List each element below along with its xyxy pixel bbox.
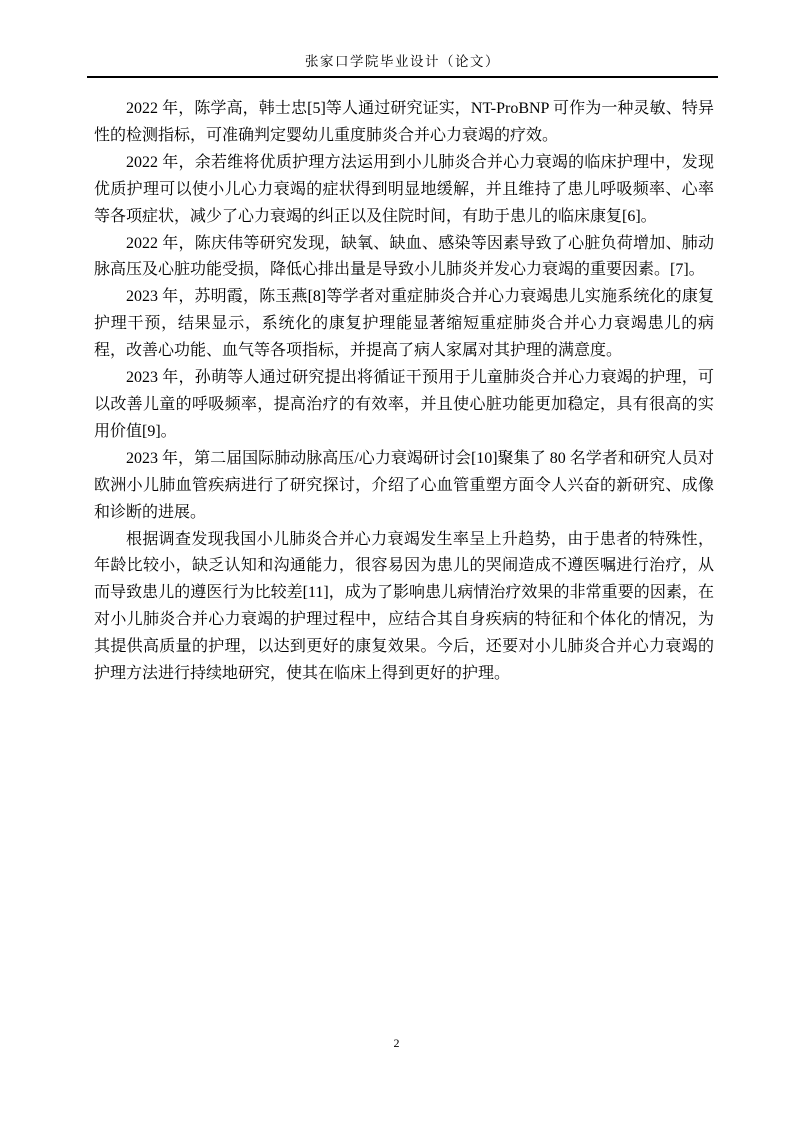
page-header: 张家口学院毕业设计（论文） <box>87 50 718 78</box>
paragraph-1: 2022 年，陈学高，韩士忠[5]等人通过研究证实，NT-ProBNP 可作为一… <box>94 96 714 150</box>
paragraph-3: 2022 年，陈庆伟等研究发现，缺氧、缺血、感染等因素导致了心脏负荷增加、肺动脉… <box>94 231 714 285</box>
page-number: 2 <box>394 1036 400 1050</box>
document-body: 2022 年，陈学高，韩士忠[5]等人通过研究证实，NT-ProBNP 可作为一… <box>94 96 714 688</box>
header-title: 张家口学院毕业设计（论文） <box>305 54 500 69</box>
paragraph-5: 2023 年，孙萌等人通过研究提出将循证干预用于儿童肺炎合并心力衰竭的护理，可以… <box>94 365 714 446</box>
page-footer: 2 <box>0 1036 793 1051</box>
paragraph-7: 根据调查发现我国小儿肺炎合并心力衰竭发生率呈上升趋势，由于患者的特殊性，年龄比较… <box>94 527 714 688</box>
document-page: 张家口学院毕业设计（论文） 2022 年，陈学高，韩士忠[5]等人通过研究证实，… <box>0 0 793 1122</box>
paragraph-6: 2023 年，第二届国际肺动脉高压/心力衰竭研讨会[10]聚集了 80 名学者和… <box>94 446 714 527</box>
paragraph-2: 2022 年，余若维将优质护理方法运用到小儿肺炎合并心力衰竭的临床护理中，发现优… <box>94 150 714 231</box>
paragraph-4: 2023 年，苏明霞，陈玉燕[8]等学者对重症肺炎合并心力衰竭患儿实施系统化的康… <box>94 284 714 365</box>
